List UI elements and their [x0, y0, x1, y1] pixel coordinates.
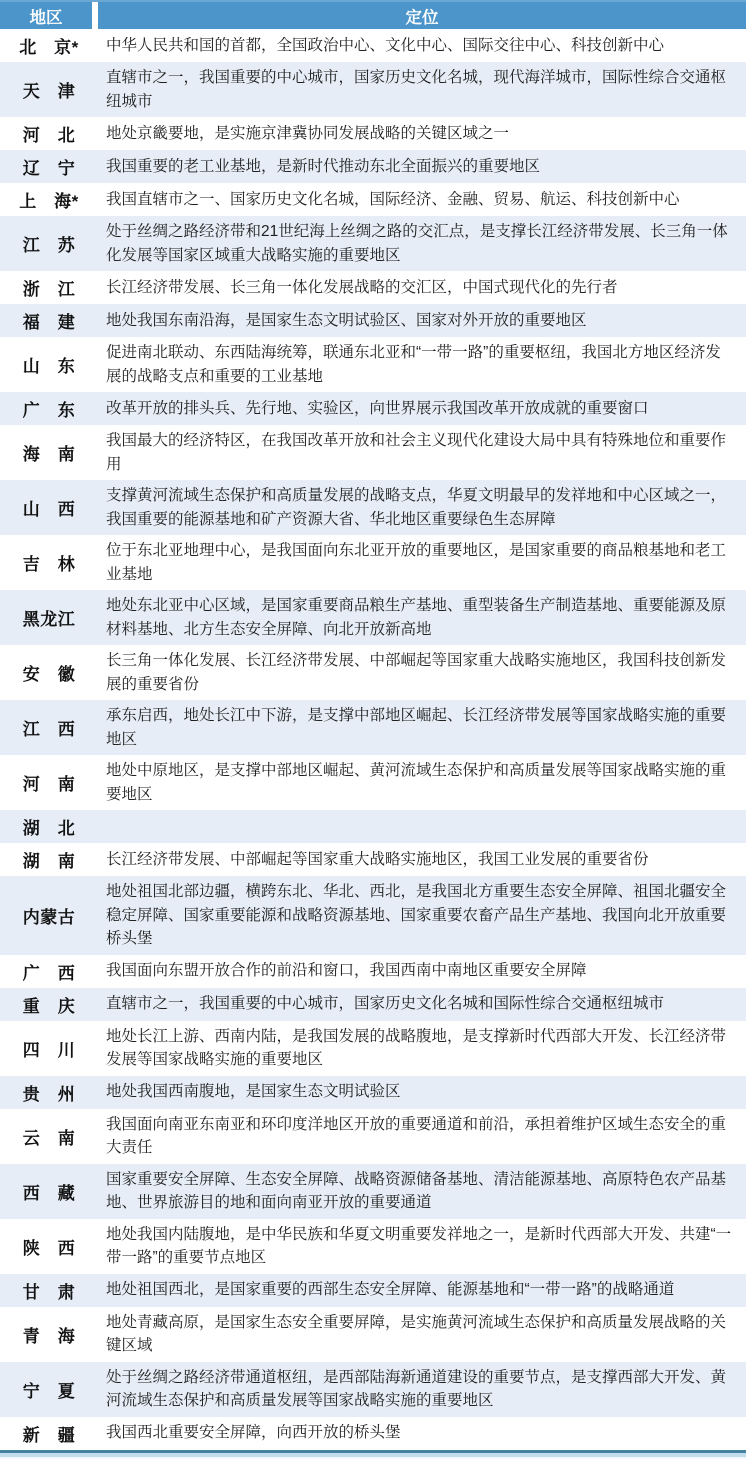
region-name: 山 东: [0, 337, 98, 392]
table-row: 海 南 我国最大的经济特区，在我国改革开放和社会主义现代化建设大局中具有特殊地位…: [0, 425, 746, 480]
region-name: 宁 夏: [0, 1362, 98, 1417]
region-positioning-text: 直辖市之一，我国重要的中心城市，国家历史文化名城，现代海洋城市，国际性综合交通枢…: [98, 62, 746, 117]
region-positioning-text: 我国西北重要安全屏障，向西开放的桥头堡: [98, 1417, 746, 1450]
table-row: 四 川 地处长江上游、西南内陆，是我国发展的战略腹地，是支撑新时代西部大开发、长…: [0, 1021, 746, 1076]
region-positioning-text: 我国重要的老工业基地，是新时代推动东北全面振兴的重要地区: [98, 150, 746, 183]
region-positioning-text: 长江经济带发展、中部崛起等国家重大战略实施地区，我国工业发展的重要省份: [98, 843, 746, 876]
region-positioning-text: 地处我国西南腹地，是国家生态文明试验区: [98, 1076, 746, 1109]
region-name: 湖 北: [0, 810, 98, 843]
region-name: 贵 州: [0, 1076, 98, 1109]
table-row: 湖 北: [0, 810, 746, 843]
region-positioning-text: 长江经济带发展、长三角一体化发展战略的交汇区，中国式现代化的先行者: [98, 271, 746, 304]
region-positioning-text: 地处青藏高原，是国家生态安全重要屏障，是实施黄河流域生态保护和高质量发展战略的关…: [98, 1307, 746, 1362]
region-name: 青 海: [0, 1307, 98, 1362]
table-row: 河 南 地处中原地区，是支撑中部地区崛起、黄河流域生态保护和高质量发展等国家战略…: [0, 755, 746, 810]
region-name: 江 西: [0, 700, 98, 755]
region-positioning-text: 长三角一体化发展、长江经济带发展、中部崛起等国家重大战略实施地区，我国科技创新发…: [98, 645, 746, 700]
region-positioning-text: 位于东北亚地理中心，是我国面向东北亚开放的重要地区，是国家重要的商品粮基地和老工…: [98, 535, 746, 590]
region-name: 江 苏: [0, 216, 98, 271]
region-name: 天 津: [0, 62, 98, 117]
region-positioning-text: 我国面向南亚东南亚和环印度洋地区开放的重要通道和前沿，承担着维护区域生态安全的重…: [98, 1109, 746, 1164]
region-name: 湖 南: [0, 843, 98, 876]
region-positioning-text: 地处东北亚中心区域，是国家重要商品粮生产基地、重型装备生产制造基地、重要能源及原…: [98, 590, 746, 645]
table-row: 安 徽 长三角一体化发展、长江经济带发展、中部崛起等国家重大战略实施地区，我国科…: [0, 645, 746, 700]
table-row: 广 东 改革开放的排头兵、先行地、实验区，向世界展示我国改革开放成就的重要窗口: [0, 392, 746, 425]
table-row: 甘 肃 地处祖国西北，是国家重要的西部生态安全屏障、能源基地和“一带一路”的战略…: [0, 1274, 746, 1307]
region-positioning-text: 中华人民共和国的首都，全国政治中心、文化中心、国际交往中心、科技创新中心: [98, 29, 746, 62]
region-name: 安 徽: [0, 645, 98, 700]
region-positioning-text: 我国直辖市之一、国家历史文化名城，国际经济、金融、贸易、航运、科技创新中心: [98, 183, 746, 216]
table-row: 重 庆 直辖市之一，我国重要的中心城市，国家历史文化名城和国际性综合交通枢纽城市: [0, 988, 746, 1021]
region-positioning-text: 我国面向东盟开放合作的前沿和窗口，我国西南中南地区重要安全屏障: [98, 955, 746, 988]
region-positioning-text: 促进南北联动、东西陆海统筹，联通东北亚和“一带一路”的重要枢纽，我国北方地区经济…: [98, 337, 746, 392]
table-body: 北 京* 中华人民共和国的首都，全国政治中心、文化中心、国际交往中心、科技创新中…: [0, 29, 746, 1450]
region-name: 北 京*: [0, 29, 98, 62]
table-row: 辽 宁 我国重要的老工业基地，是新时代推动东北全面振兴的重要地区: [0, 150, 746, 183]
table-row: 青 海 地处青藏高原，是国家生态安全重要屏障，是实施黄河流域生态保护和高质量发展…: [0, 1307, 746, 1362]
region-positioning-text: 处于丝绸之路经济带和21世纪海上丝绸之路的交汇点，是支撑长江经济带发展、长三角一…: [98, 216, 746, 271]
region-positioning-text: 地处长江上游、西南内陆，是我国发展的战略腹地，是支撑新时代西部大开发、长江经济带…: [98, 1021, 746, 1076]
region-name: 辽 宁: [0, 150, 98, 183]
table-row: 浙 江 长江经济带发展、长三角一体化发展战略的交汇区，中国式现代化的先行者: [0, 271, 746, 304]
region-name: 浙 江: [0, 271, 98, 304]
table-row: 天 津 直辖市之一，我国重要的中心城市，国家历史文化名城，现代海洋城市，国际性综…: [0, 62, 746, 117]
table-row: 宁 夏 处于丝绸之路经济带通道枢纽，是西部陆海新通道建设的重要节点，是支撑西部大…: [0, 1362, 746, 1417]
region-positioning-text: 地处我国东南沿海，是国家生态文明试验区、国家对外开放的重要地区: [98, 304, 746, 337]
region-name: 甘 肃: [0, 1274, 98, 1307]
table-row: 吉 林 位于东北亚地理中心，是我国面向东北亚开放的重要地区，是国家重要的商品粮基…: [0, 535, 746, 590]
table-row: 山 东 促进南北联动、东西陆海统筹，联通东北亚和“一带一路”的重要枢纽，我国北方…: [0, 337, 746, 392]
region-positioning-text: 国家重要安全屏障、生态安全屏障、战略资源储备基地、清洁能源基地、高原特色农产品基…: [98, 1164, 746, 1219]
region-positioning-text: 地处京畿要地，是实施京津冀协同发展战略的关键区域之一: [98, 117, 746, 150]
region-name: 河 北: [0, 117, 98, 150]
table-row: 云 南 我国面向南亚东南亚和环印度洋地区开放的重要通道和前沿，承担着维护区域生态…: [0, 1109, 746, 1164]
table-header-row: 地区 定位: [0, 0, 746, 29]
table-row: 贵 州 地处我国西南腹地，是国家生态文明试验区: [0, 1076, 746, 1109]
region-positioning-table: 地区 定位 北 京* 中华人民共和国的首都，全国政治中心、文化中心、国际交往中心…: [0, 0, 746, 1459]
region-name: 山 西: [0, 480, 98, 535]
region-name: 河 南: [0, 755, 98, 810]
region-name: 上 海*: [0, 183, 98, 216]
table-row: 广 西 我国面向东盟开放合作的前沿和窗口，我国西南中南地区重要安全屏障: [0, 955, 746, 988]
region-name: 重 庆: [0, 988, 98, 1021]
region-name: 吉 林: [0, 535, 98, 590]
region-positioning-text: 支撑黄河流域生态保护和高质量发展的战略支点，华夏文明最早的发祥地和中心区域之一，…: [98, 480, 746, 535]
region-positioning-text: 直辖市之一，我国重要的中心城市，国家历史文化名城和国际性综合交通枢纽城市: [98, 988, 746, 1021]
region-positioning-text: [98, 810, 746, 843]
table-row: 上 海* 我国直辖市之一、国家历史文化名城，国际经济、金融、贸易、航运、科技创新…: [0, 183, 746, 216]
table-row: 黑龙江 地处东北亚中心区域，是国家重要商品粮生产基地、重型装备生产制造基地、重要…: [0, 590, 746, 645]
region-positioning-text: 承东启西，地处长江中下游，是支撑中部地区崛起、长江经济带发展等国家战略实施的重要…: [98, 700, 746, 755]
table-row: 江 苏 处于丝绸之路经济带和21世纪海上丝绸之路的交汇点，是支撑长江经济带发展、…: [0, 216, 746, 271]
region-positioning-text: 处于丝绸之路经济带通道枢纽，是西部陆海新通道建设的重要节点，是支撑西部大开发、黄…: [98, 1362, 746, 1417]
region-name: 广 东: [0, 392, 98, 425]
region-name: 云 南: [0, 1109, 98, 1164]
region-name: 四 川: [0, 1021, 98, 1076]
region-positioning-text: 改革开放的排头兵、先行地、实验区，向世界展示我国改革开放成就的重要窗口: [98, 392, 746, 425]
table-row: 西 藏 国家重要安全屏障、生态安全屏障、战略资源储备基地、清洁能源基地、高原特色…: [0, 1164, 746, 1219]
table-row: 北 京* 中华人民共和国的首都，全国政治中心、文化中心、国际交往中心、科技创新中…: [0, 29, 746, 62]
table-row: 山 西 支撑黄河流域生态保护和高质量发展的战略支点，华夏文明最早的发祥地和中心区…: [0, 480, 746, 535]
table-row: 湖 南 长江经济带发展、中部崛起等国家重大战略实施地区，我国工业发展的重要省份: [0, 843, 746, 876]
table-row: 江 西 承东启西，地处长江中下游，是支撑中部地区崛起、长江经济带发展等国家战略实…: [0, 700, 746, 755]
region-positioning-text: 地处祖国北部边疆，横跨东北、华北、西北，是我国北方重要生态安全屏障、祖国北疆安全…: [98, 876, 746, 955]
region-name: 内蒙古: [0, 876, 98, 955]
region-name: 海 南: [0, 425, 98, 480]
column-header-positioning: 定位: [98, 2, 746, 29]
region-name: 西 藏: [0, 1164, 98, 1219]
table-row: 福 建 地处我国东南沿海，是国家生态文明试验区、国家对外开放的重要地区: [0, 304, 746, 337]
table-row: 河 北 地处京畿要地，是实施京津冀协同发展战略的关键区域之一: [0, 117, 746, 150]
region-positioning-text: 地处祖国西北，是国家重要的西部生态安全屏障、能源基地和“一带一路”的战略通道: [98, 1274, 746, 1307]
table-bottom-border: [0, 1450, 746, 1459]
table-row: 新 疆 我国西北重要安全屏障，向西开放的桥头堡: [0, 1417, 746, 1450]
column-header-region: 地区: [0, 2, 92, 29]
region-positioning-text: 我国最大的经济特区，在我国改革开放和社会主义现代化建设大局中具有特殊地位和重要作…: [98, 425, 746, 480]
region-name: 新 疆: [0, 1417, 98, 1450]
region-name: 黑龙江: [0, 590, 98, 645]
region-name: 陕 西: [0, 1219, 98, 1274]
region-positioning-text: 地处我国内陆腹地，是中华民族和华夏文明重要发祥地之一，是新时代西部大开发、共建“…: [98, 1219, 746, 1274]
table-row: 内蒙古 地处祖国北部边疆，横跨东北、华北、西北，是我国北方重要生态安全屏障、祖国…: [0, 876, 746, 955]
region-positioning-text: 地处中原地区，是支撑中部地区崛起、黄河流域生态保护和高质量发展等国家战略实施的重…: [98, 755, 746, 810]
region-name: 广 西: [0, 955, 98, 988]
region-name: 福 建: [0, 304, 98, 337]
table-row: 陕 西 地处我国内陆腹地，是中华民族和华夏文明重要发祥地之一，是新时代西部大开发…: [0, 1219, 746, 1274]
